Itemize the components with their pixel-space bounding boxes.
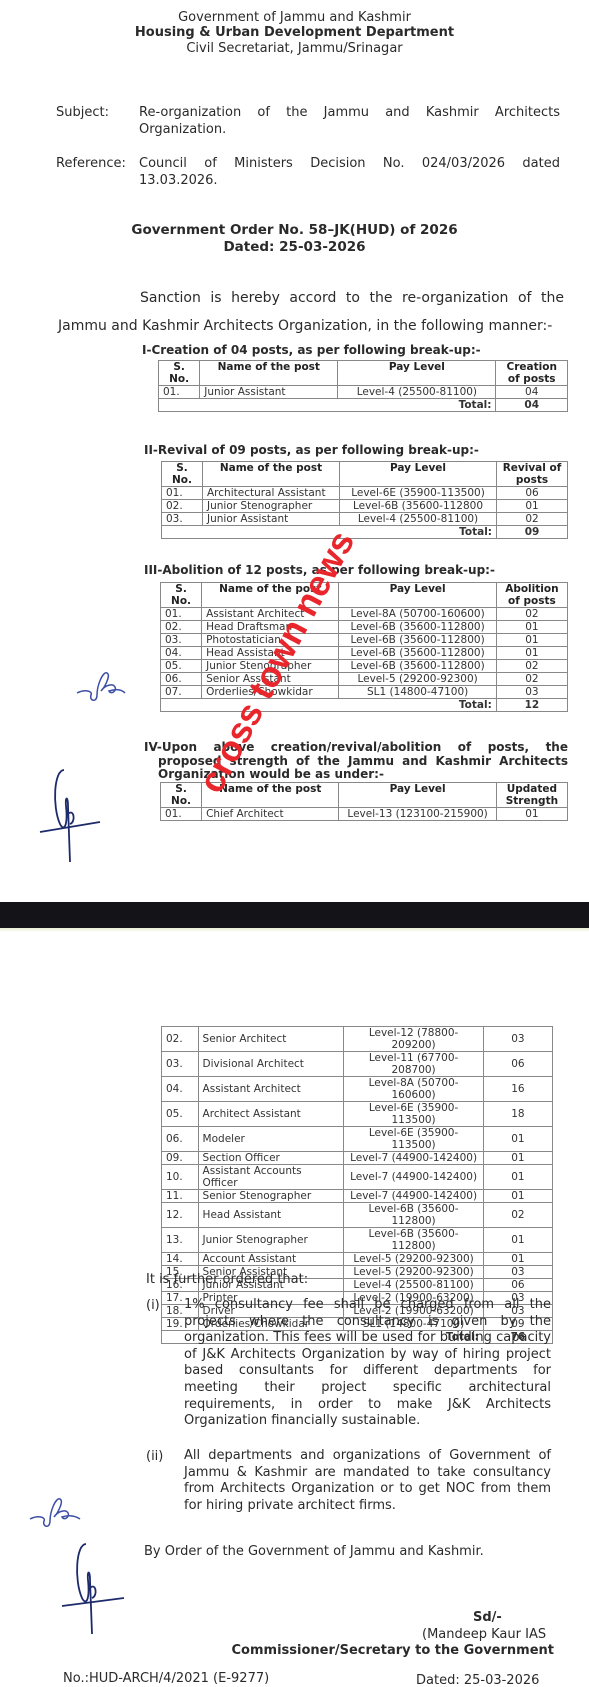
post-count-cell: 01 [496, 634, 567, 647]
post-count-cell: 02 [496, 673, 567, 686]
post-count-cell: 01 [496, 647, 567, 660]
table-row: 02.Junior StenographerLevel-6B (35600-11… [162, 500, 568, 513]
post-count-cell: 02 [496, 660, 567, 673]
table-row: 02.Head DraftsmanLevel-6B (35600-112800)… [161, 621, 568, 634]
serial-number-cell: 05. [161, 660, 202, 673]
item-1-text: 1% consultancy fee shall be charged from… [184, 1297, 551, 1430]
pay-level-cell: Level-6B (35600-112800) [339, 621, 496, 634]
serial-number-cell: 01. [161, 608, 202, 621]
post-count-cell: 06 [497, 487, 568, 500]
pay-level-cell: Level-4 (25500-81100) [338, 386, 496, 399]
pay-level-cell: Level-6B (35600-112800 [340, 500, 497, 513]
table-row: 12.Head AssistantLevel-6B (35600-112800)… [162, 1203, 553, 1228]
by-order-line: By Order of the Government of Jammu and … [144, 1543, 484, 1560]
item-1-number: (i) [146, 1297, 160, 1314]
serial-number-cell: 01. [159, 386, 200, 399]
column-header: Pay Level [339, 783, 496, 808]
post-count-cell: 01 [483, 1228, 552, 1253]
pay-level-cell: SL1 (14800-47100) [339, 686, 496, 699]
serial-number-cell: 11. [162, 1190, 199, 1203]
table-row: 01.Chief ArchitectLevel-13 (123100-21590… [161, 808, 568, 821]
post-count-cell: 02 [483, 1203, 552, 1228]
total-row: Total:12 [161, 699, 568, 712]
post-count-cell: 03 [483, 1027, 552, 1052]
section-1-title: I-Creation of 04 posts, as per following… [142, 343, 481, 357]
pay-level-cell: Level-6B (35600-112800) [339, 634, 496, 647]
post-count-cell: 01 [483, 1253, 552, 1266]
total-value: 04 [496, 399, 568, 412]
table-row: 01.Architectural AssistantLevel-6E (3590… [162, 487, 568, 500]
table-row: 10.Assistant Accounts OfficerLevel-7 (44… [162, 1165, 553, 1190]
pay-level-cell: Level-6E (35900-113500) [344, 1127, 484, 1152]
total-row: Total:09 [162, 526, 568, 539]
post-name-cell: Assistant Architect [198, 1077, 344, 1102]
table-row: 07.Orderlies/ChowkidarSL1 (14800-47100)0… [161, 686, 568, 699]
column-header: Updated Strength [496, 783, 567, 808]
post-count-cell: 01 [496, 621, 567, 634]
table-row: 02.Senior ArchitectLevel-12 (78800-20920… [162, 1027, 553, 1052]
post-name-cell: Junior Assistant [200, 386, 338, 399]
column-header: S. No. [162, 462, 203, 487]
post-name-cell: Architectural Assistant [203, 487, 340, 500]
post-name-cell: Modeler [198, 1127, 344, 1152]
post-count-cell: 02 [497, 513, 568, 526]
column-header: Creation of posts [496, 361, 568, 386]
pay-level-cell: Level-4 (25500-81100) [340, 513, 497, 526]
initials-signature-icon [75, 665, 135, 705]
column-header: Revival of posts [497, 462, 568, 487]
item-2-text: All departments and organizations of Gov… [184, 1448, 551, 1514]
post-count-cell: 06 [483, 1052, 552, 1077]
serial-number-cell: 04. [162, 1077, 199, 1102]
creation-table: S. No.Name of the postPay LevelCreation … [158, 360, 568, 412]
post-count-cell: 02 [496, 608, 567, 621]
serial-number-cell: 02. [162, 500, 203, 513]
office-address: Civil Secretariat, Jammu/Srinagar [0, 41, 589, 57]
table-row: 04.Assistant ArchitectLevel-8A (50700-16… [162, 1077, 553, 1102]
pay-level-cell: Level-6E (35900-113500) [340, 487, 497, 500]
pay-level-cell: Level-5 (29200-92300) [344, 1253, 484, 1266]
revival-table: S. No.Name of the postPay LevelRevival o… [161, 461, 568, 539]
signature-icon [38, 766, 108, 861]
signature-icon-2 [60, 1540, 130, 1635]
post-count-cell: 16 [483, 1077, 552, 1102]
signed-mark: Sd/- [473, 1610, 502, 1625]
serial-number-cell: 03. [161, 634, 202, 647]
signatory-name: (Mandeep Kaur IAS [422, 1627, 546, 1642]
total-label: Total: [161, 699, 497, 712]
column-header: Pay Level [339, 583, 496, 608]
post-count-cell: 01 [496, 808, 567, 821]
column-header: Name of the post [200, 361, 338, 386]
post-count-cell: 06 [483, 1279, 552, 1292]
table-header-row: S. No.Name of the postPay LevelRevival o… [162, 462, 568, 487]
department-name: Housing & Urban Development Department [0, 25, 589, 41]
table-row: 05.Junior StenographerLevel-6B (35600-11… [161, 660, 568, 673]
column-header: Abolition of posts [496, 583, 567, 608]
table-row: 03.Junior AssistantLevel-4 (25500-81100)… [162, 513, 568, 526]
post-count-cell: 03 [496, 686, 567, 699]
post-count-cell: 01 [483, 1165, 552, 1190]
serial-number-cell: 13. [162, 1228, 199, 1253]
section-2-title: II-Revival of 09 posts, as per following… [144, 443, 479, 457]
total-value: 12 [496, 699, 567, 712]
post-count-cell: 01 [483, 1152, 552, 1165]
serial-number-cell: 07. [161, 686, 202, 699]
pay-level-cell: Level-13 (123100-215900) [339, 808, 496, 821]
abolition-table: S. No.Name of the postPay LevelAbolition… [160, 582, 568, 712]
serial-number-cell: 06. [161, 673, 202, 686]
column-header: S. No. [159, 361, 200, 386]
serial-number-cell: 01. [161, 808, 202, 821]
total-row: Total:04 [159, 399, 568, 412]
pay-level-cell: Level-7 (44900-142400) [344, 1165, 484, 1190]
table-header-row: S. No.Name of the postPay LevelAbolition… [161, 583, 568, 608]
post-name-cell: Junior Stenographer [203, 500, 340, 513]
table-row: 03.Divisional ArchitectLevel-11 (67700-2… [162, 1052, 553, 1077]
post-count-cell: 03 [483, 1266, 552, 1279]
post-count-cell: 01 [497, 500, 568, 513]
sanction-line-2: Jammu and Kashmir Architects Organizatio… [58, 316, 568, 336]
column-header: S. No. [161, 783, 202, 808]
bottom-date: Dated: 25-03-2026 [416, 1673, 539, 1687]
post-name-cell: Junior Stenographer [198, 1228, 344, 1253]
page-separator-edge [0, 928, 589, 932]
post-name-cell: Chief Architect [202, 808, 339, 821]
serial-number-cell: 06. [162, 1127, 199, 1152]
order-date: Dated: 25-03-2026 [0, 239, 589, 256]
post-name-cell: Account Assistant [198, 1253, 344, 1266]
table-row: 14.Account AssistantLevel-5 (29200-92300… [162, 1253, 553, 1266]
column-header: Pay Level [338, 361, 496, 386]
serial-number-cell: 12. [162, 1203, 199, 1228]
post-count-cell: 01 [483, 1190, 552, 1203]
table-row: 06.Senior AssistantLevel-5 (29200-92300)… [161, 673, 568, 686]
page-separator-band [0, 902, 589, 928]
table-row: 01.Junior AssistantLevel-4 (25500-81100)… [159, 386, 568, 399]
pay-level-cell: Level-7 (44900-142400) [344, 1152, 484, 1165]
serial-number-cell: 04. [161, 647, 202, 660]
serial-number-cell: 14. [162, 1253, 199, 1266]
total-label: Total: [159, 399, 496, 412]
pay-level-cell: Level-11 (67700-208700) [344, 1052, 484, 1077]
post-count-cell: 18 [483, 1102, 552, 1127]
table-row: 09.Section OfficerLevel-7 (44900-142400)… [162, 1152, 553, 1165]
post-name-cell: Junior Assistant [203, 513, 340, 526]
serial-number-cell: 05. [162, 1102, 199, 1127]
further-ordered-intro: It is further ordered that: [146, 1271, 308, 1288]
subject-label: Subject: [56, 104, 109, 121]
post-name-cell: Divisional Architect [198, 1052, 344, 1077]
serial-number-cell: 10. [162, 1165, 199, 1190]
pay-level-cell: Level-6E (35900-113500) [344, 1102, 484, 1127]
post-name-cell: Senior Stenographer [198, 1190, 344, 1203]
pay-level-cell: Level-7 (44900-142400) [344, 1190, 484, 1203]
signatory-title: Commissioner/Secretary to the Government [224, 1643, 554, 1658]
sanction-line-1: Sanction is hereby accord to the re-orga… [140, 288, 564, 308]
pay-level-cell: Level-5 (29200-92300) [344, 1266, 484, 1279]
post-count-cell: 04 [496, 386, 568, 399]
table-header-row: S. No.Name of the postPay LevelCreation … [159, 361, 568, 386]
serial-number-cell: 03. [162, 1052, 199, 1077]
table-row: 04.Head AssistantLevel-6B (35600-112800)… [161, 647, 568, 660]
table-row: 03.PhotostaticianLevel-6B (35600-112800)… [161, 634, 568, 647]
post-name-cell: Senior Architect [198, 1027, 344, 1052]
pay-level-cell: Level-6B (35600-112800) [339, 647, 496, 660]
post-name-cell: Architect Assistant [198, 1102, 344, 1127]
serial-number-cell: 03. [162, 513, 203, 526]
pay-level-cell: Level-6B (35600-112800) [344, 1203, 484, 1228]
post-count-cell: 01 [483, 1127, 552, 1152]
table-row: 05.Architect AssistantLevel-6E (35900-11… [162, 1102, 553, 1127]
order-number: Government Order No. 58–JK(HUD) of 2026 [0, 222, 589, 239]
post-name-cell: Assistant Accounts Officer [198, 1165, 344, 1190]
table-row: 11.Senior StenographerLevel-7 (44900-142… [162, 1190, 553, 1203]
total-value: 09 [497, 526, 568, 539]
pay-level-cell: Level-8A (50700-160600) [344, 1077, 484, 1102]
serial-number-cell: 09. [162, 1152, 199, 1165]
post-name-cell: Head Assistant [198, 1203, 344, 1228]
pay-level-cell: Level-8A (50700-160600) [339, 608, 496, 621]
post-name-cell: Section Officer [198, 1152, 344, 1165]
column-header: S. No. [161, 583, 202, 608]
table-row: 06.ModelerLevel-6E (35900-113500)01 [162, 1127, 553, 1152]
column-header: Pay Level [340, 462, 497, 487]
pay-level-cell: Level-6B (35600-112800) [344, 1228, 484, 1253]
reference-label: Reference: [56, 155, 126, 172]
table-row: 13.Junior StenographerLevel-6B (35600-11… [162, 1228, 553, 1253]
serial-number-cell: 02. [161, 621, 202, 634]
serial-number-cell: 02. [162, 1027, 199, 1052]
subject-text: Re-organization of the Jammu and Kashmir… [139, 104, 560, 138]
initials-signature-icon-2 [28, 1495, 88, 1535]
serial-number-cell: 01. [162, 487, 203, 500]
pay-level-cell: Level-6B (35600-112800) [339, 660, 496, 673]
pay-level-cell: Level-4 (25500-81100) [344, 1279, 484, 1292]
govt-name: Government of Jammu and Kashmir [0, 10, 589, 26]
file-number: No.:HUD-ARCH/4/2021 (E-9277) [63, 1671, 269, 1686]
table-row: 01.Assistant ArchitectLevel-8A (50700-16… [161, 608, 568, 621]
pay-level-cell: Level-5 (29200-92300) [339, 673, 496, 686]
reference-text: Council of Ministers Decision No. 024/03… [139, 155, 560, 189]
column-header: Name of the post [203, 462, 340, 487]
item-2-number: (ii) [146, 1448, 163, 1465]
pay-level-cell: Level-12 (78800-209200) [344, 1027, 484, 1052]
